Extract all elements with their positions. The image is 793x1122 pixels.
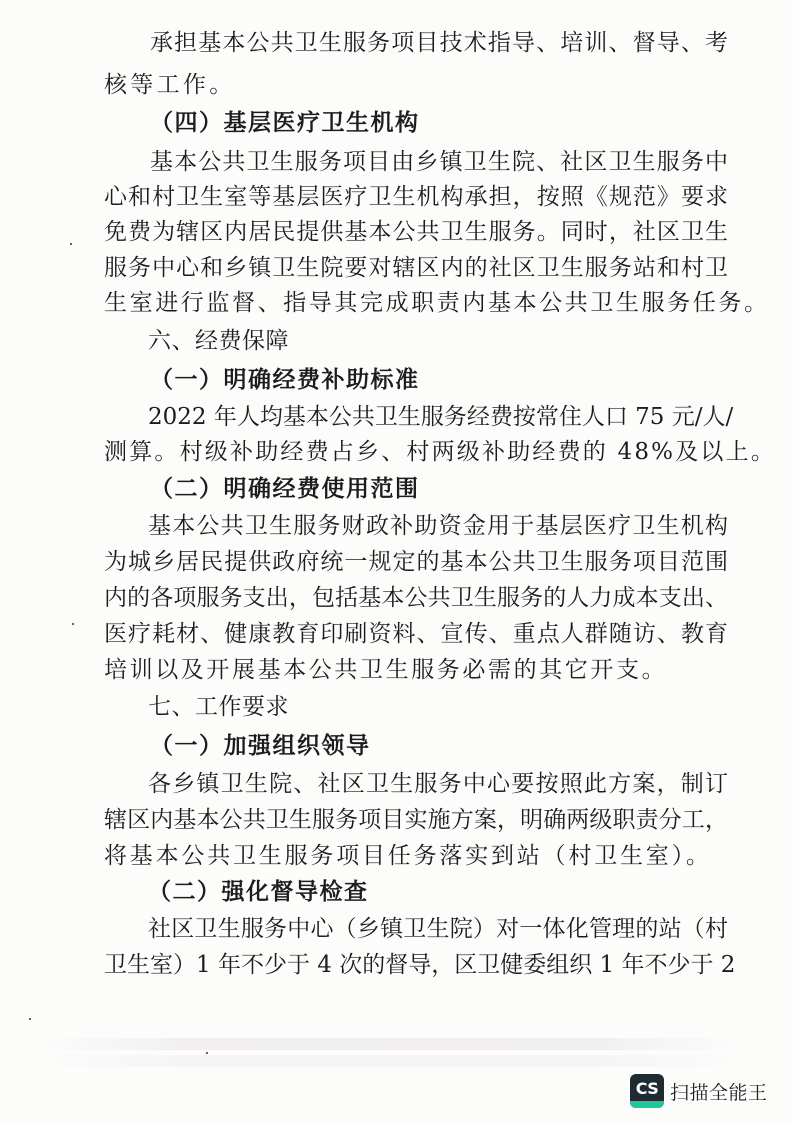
- body-line: 2022 年人均基本公共卫生服务经费按常住人口 75 元/人/: [148, 402, 728, 432]
- watermark-label: 扫描全能王: [670, 1078, 768, 1105]
- body-line: 为城乡居民提供政府统一规定的基本公共卫生服务项目范围: [104, 547, 728, 577]
- scan-speck: [72, 623, 74, 625]
- scan-speck: [29, 1018, 31, 1020]
- body-line: 测算。村级补助经费占乡、村两级补助经费的 48%及以上。: [104, 437, 776, 467]
- body-line: 辖区内基本公共卫生服务项目实施方案，明确两级职责分工，: [104, 805, 728, 835]
- body-line: 卫生室）1 年不少于 4 次的督导，区卫健委组织 1 年不少于 2: [104, 950, 728, 980]
- body-line: 社区卫生服务中心（乡镇卫生院）对一体化管理的站（村: [148, 914, 728, 944]
- body-line: 生室进行监督、指导其完成职责内基本公共卫生服务任务。: [104, 288, 770, 318]
- body-line: 将基本公共卫生服务项目任务落实到站（村卫生室）。: [104, 841, 712, 871]
- body-line: 心和村卫生室等基层医疗卫生机构承担，按照《规范》要求: [104, 182, 728, 212]
- subheading: （二）明确经费使用范围: [150, 474, 420, 504]
- section-heading: 六、经费保障: [148, 326, 289, 356]
- scan-speck: [206, 1052, 208, 1054]
- body-line: 核等工作。: [104, 70, 236, 100]
- scan-speck: [70, 243, 72, 245]
- scan-smudge: [40, 1055, 740, 1067]
- body-line: 内的各项服务支出，包括基本公共卫生服务的人力成本支出、: [104, 583, 728, 613]
- body-line: 医疗耗材、健康教育印刷资料、宣传、重点人群随访、教育: [104, 619, 728, 649]
- subheading: （四）基层医疗卫生机构: [150, 108, 420, 138]
- body-line: 培训以及开展基本公共卫生服务必需的其它开支。: [104, 655, 667, 685]
- camscanner-watermark: CS 扫描全能王: [630, 1074, 768, 1108]
- subheading: （一）加强组织领导: [150, 731, 371, 761]
- subheading: （一）明确经费补助标准: [150, 365, 420, 395]
- body-line: 服务中心和乡镇卫生院要对辖区内的社区卫生服务站和村卫: [104, 253, 728, 283]
- scanned-document-page: 承担基本公共卫生服务项目技术指导、培训、督导、考 核等工作。 （四）基层医疗卫生…: [0, 0, 793, 1122]
- scan-smudge: [40, 1038, 740, 1050]
- body-line: 各乡镇卫生院、社区卫生服务中心要按照此方案，制订: [148, 769, 728, 799]
- camscanner-logo-icon: CS: [630, 1074, 664, 1108]
- body-line: 基本公共卫生服务财政补助资金用于基层医疗卫生机构: [148, 511, 728, 541]
- body-line: 承担基本公共卫生服务项目技术指导、培训、督导、考: [150, 28, 728, 58]
- section-heading: 七、工作要求: [148, 692, 289, 722]
- body-line: 免费为辖区内居民提供基本公共卫生服务。同时，社区卫生: [104, 217, 728, 247]
- body-line: 基本公共卫生服务项目由乡镇卫生院、社区卫生服务中: [150, 147, 728, 177]
- subheading: （二）强化督导检查: [148, 877, 369, 907]
